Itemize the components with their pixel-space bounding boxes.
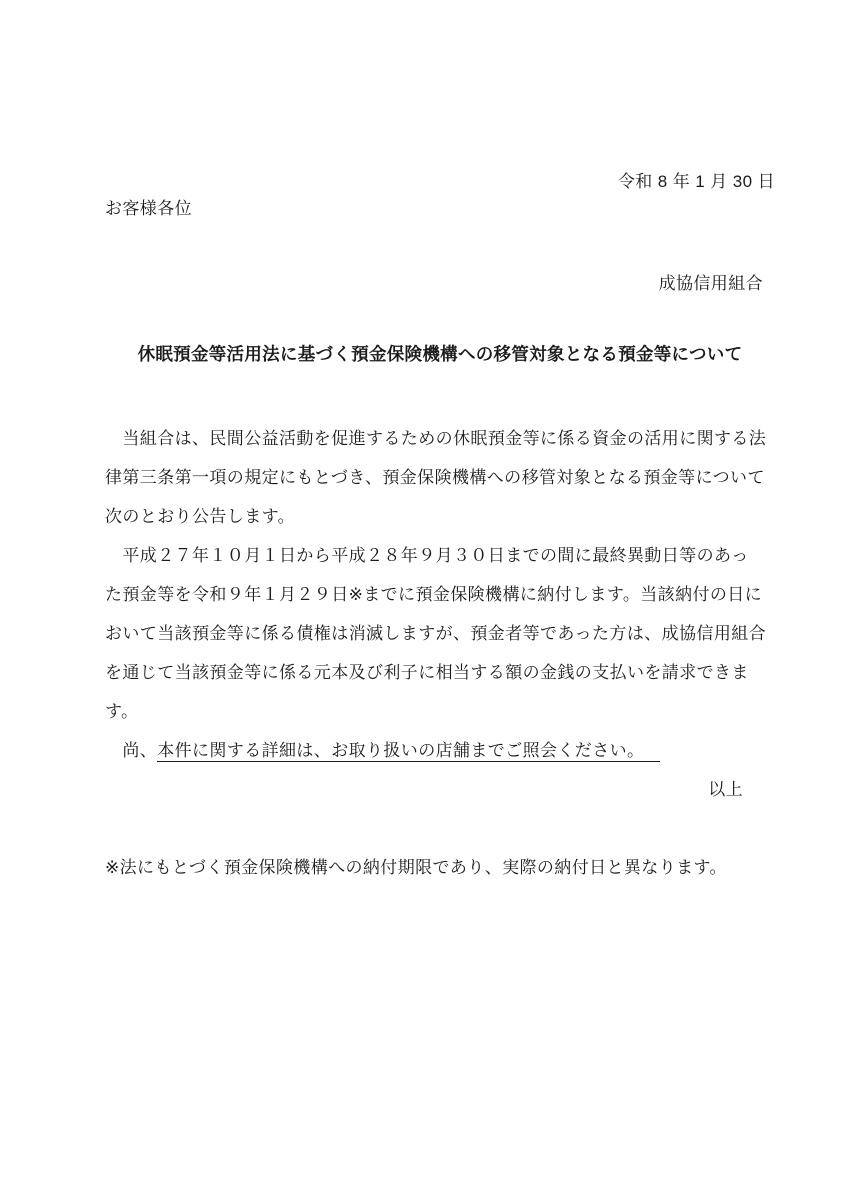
paragraph-contact: 尚、本件に関する詳細は、お取り扱いの店舗までご照会ください。 xyxy=(105,731,775,770)
sender-line: 成協信用組合 xyxy=(105,270,775,297)
contact-prefix: 尚、 xyxy=(105,741,157,760)
document-date: 令和 8 年 1 月 30 日 xyxy=(105,168,775,195)
closing-ijou: 以上 xyxy=(105,770,775,809)
contact-underlined-text: 本件に関する詳細は、お取り扱いの店舗までご照会ください。 xyxy=(157,741,660,762)
document-page: 令和 8 年 1 月 30 日 お客様各位 成協信用組合 休眠預金等活用法に基づ… xyxy=(0,0,849,1200)
document-body: 当組合は、民間公益活動を促進するための休眠預金等に係る資金の活用に関する法 律第… xyxy=(105,419,775,770)
footnote: ※法にもとづく預金保険機構への納付期限であり、実際の納付日と異なります。 xyxy=(105,848,775,887)
recipient-line: お客様各位 xyxy=(105,195,775,222)
document-title: 休眠預金等活用法に基づく預金保険機構への移管対象となる預金等について xyxy=(105,339,775,369)
paragraph-public-notice: 当組合は、民間公益活動を促進するための休眠預金等に係る資金の活用に関する法 律第… xyxy=(105,419,775,536)
paragraph-transfer-details: 平成２７年１０月１日から平成２８年９月３０日までの間に最終異動日等のあっ た預金… xyxy=(105,536,775,731)
